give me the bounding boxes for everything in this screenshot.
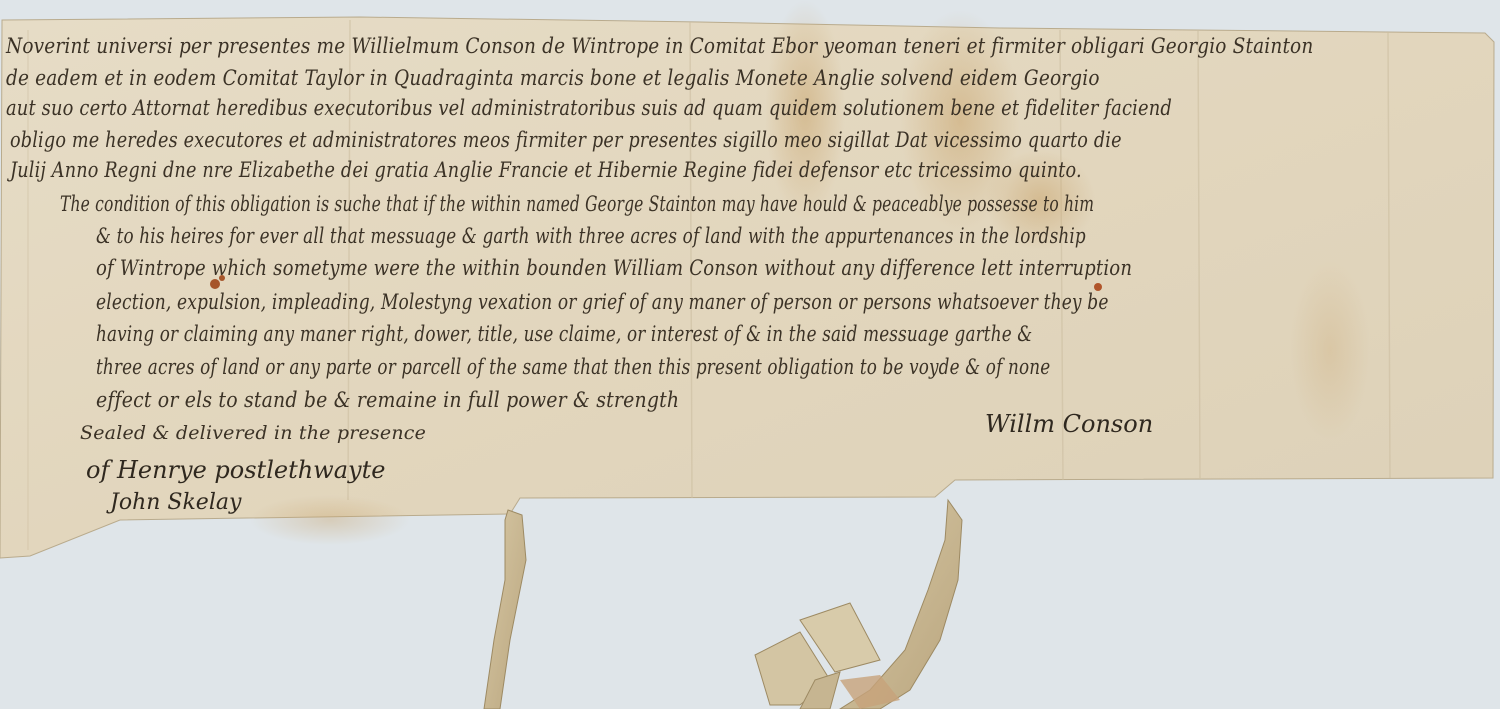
obligor-signature: Willm Conson xyxy=(985,410,1153,438)
document-scan: Noverint universi per presentes me Willi… xyxy=(0,0,1500,709)
witness-signature: of Henrye postlethwayte xyxy=(86,456,385,484)
condition-line: election, expulsion, impleading, Molesty… xyxy=(96,290,1109,314)
attestation-clause: Sealed & delivered in the presence xyxy=(80,422,426,444)
condition-line: The condition of this obligation is such… xyxy=(60,192,1094,216)
condition-line: of Wintrope which sometyme were the with… xyxy=(96,256,1132,280)
witness-signature: John Skelay xyxy=(110,490,241,515)
latin-line: de eadem et in eodem Comitat Taylor in Q… xyxy=(6,66,1100,90)
condition-line: & to his heires for ever all that messua… xyxy=(96,224,1086,248)
condition-line: having or claiming any maner right, dowe… xyxy=(96,322,1032,346)
condition-line: three acres of land or any parte or parc… xyxy=(96,355,1050,379)
condition-line: effect or els to stand be & remaine in f… xyxy=(96,388,679,412)
latin-line: Julij Anno Regni dne nre Elizabethe dei … xyxy=(10,158,1082,182)
text-body: Noverint universi per presentes me Willi… xyxy=(0,0,1500,709)
latin-line: obligo me heredes executores et administ… xyxy=(10,128,1122,152)
latin-line: aut suo certo Attornat heredibus executo… xyxy=(6,96,1172,120)
latin-line: Noverint universi per presentes me Willi… xyxy=(6,34,1313,58)
